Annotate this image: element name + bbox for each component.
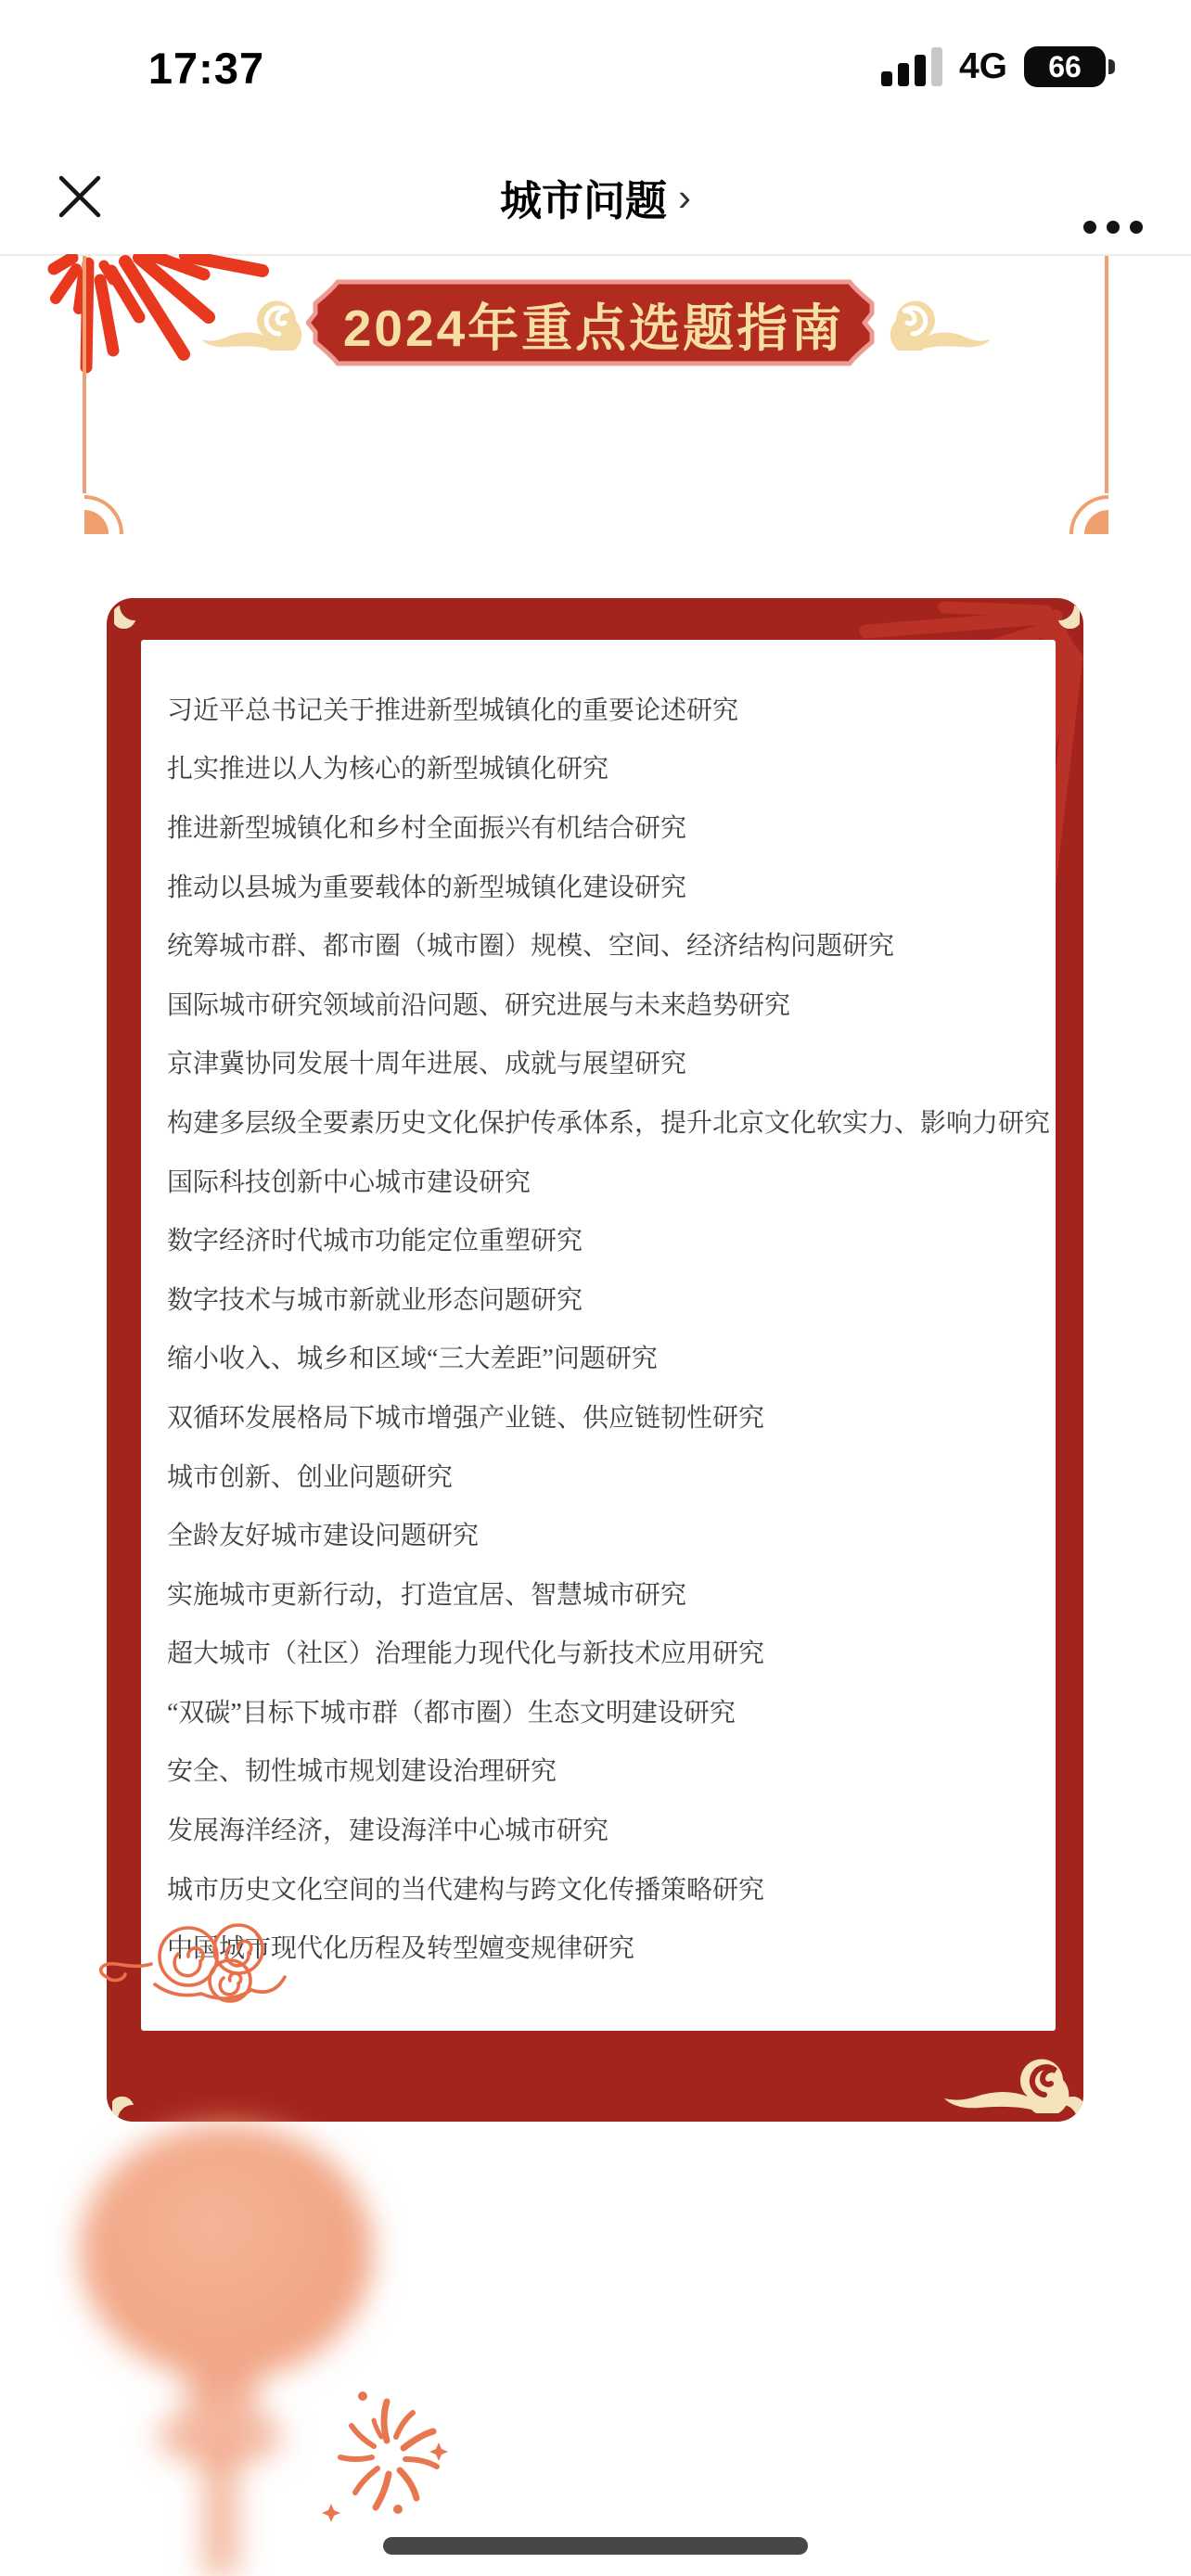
topic-item: “双碳”目标下城市群（都市圈）生态文明建设研究 xyxy=(167,1681,1031,1741)
topic-item: 安全、韧性城市规划建设治理研究 xyxy=(167,1741,1031,1800)
frame-line-right xyxy=(1105,256,1108,493)
topic-item: 城市创新、创业问题研究 xyxy=(167,1446,1031,1505)
page-title-text: 城市问题 xyxy=(500,167,667,227)
battery-icon: 66 xyxy=(1024,46,1106,87)
topic-item: 构建多层级全要素历史文化保护传承体系，提升北京文化软实力、影响力研究 xyxy=(167,1091,1031,1151)
topic-item: 推动以县城为重要载体的新型城镇化建设研究 xyxy=(167,856,1031,915)
cloud-gold-bottom-icon xyxy=(935,2056,1074,2113)
corner-crescent-icon xyxy=(1057,605,1080,629)
topic-item: 国际科技创新中心城市建设研究 xyxy=(167,1151,1031,1210)
network-type-label: 4G xyxy=(959,46,1007,87)
home-indicator[interactable] xyxy=(383,2537,808,2555)
topics-list: 习近平总书记关于推进新型城镇化的重要论述研究扎实推进以人为核心的新型城镇化研究推… xyxy=(141,640,1056,2031)
firework-bottom-icon xyxy=(320,2383,468,2531)
more-icon[interactable] xyxy=(1083,221,1143,234)
banner: 2024年重点选题指南 xyxy=(306,274,881,373)
topic-item: 全龄友好城市建设问题研究 xyxy=(167,1504,1031,1563)
status-bar: 17:37 4G 66 xyxy=(0,0,1191,121)
frame-corner-left-icon xyxy=(83,490,125,534)
frame-line-left xyxy=(83,256,86,493)
topic-item: 京津冀协同发展十周年进展、成就与展望研究 xyxy=(167,1033,1031,1092)
frame-corner-right-icon xyxy=(1068,490,1110,534)
topics-card: 习近平总书记关于推进新型城镇化的重要论述研究扎实推进以人为核心的新型城镇化研究推… xyxy=(107,598,1083,2122)
topic-item: 扎实推进以人为核心的新型城镇化研究 xyxy=(167,738,1031,797)
battery-percent: 66 xyxy=(1048,50,1082,84)
status-right-cluster: 4G 66 xyxy=(881,46,1106,87)
banner-title: 2024年重点选题指南 xyxy=(306,274,881,373)
header-artwork: 2024年重点选题指南 xyxy=(0,256,1191,599)
chevron-right-icon: › xyxy=(678,175,691,220)
topic-item: 缩小收入、城乡和区域“三大差距”问题研究 xyxy=(167,1328,1031,1387)
cloud-outline-icon xyxy=(97,1919,320,2009)
nav-bar: 城市问题 › xyxy=(0,139,1191,256)
topic-item: 统筹城市群、都市圈（城市圈）规模、空间、经济结构问题研究 xyxy=(167,914,1031,974)
phone-screen: 17:37 4G 66 城市问题 › xyxy=(0,0,1191,2576)
topic-item: 城市历史文化空间的当代建构与跨文化传播策略研究 xyxy=(167,1858,1031,1918)
topic-item: 推进新型城镇化和乡村全面振兴有机结合研究 xyxy=(167,797,1031,856)
topic-item: 发展海洋经济，建设海洋中心城市研究 xyxy=(167,1799,1031,1858)
topic-item: 实施城市更新行动，打造宜居、智慧城市研究 xyxy=(167,1563,1031,1623)
page-title[interactable]: 城市问题 › xyxy=(0,139,1191,254)
signal-icon xyxy=(881,47,942,86)
topic-item: 数字经济时代城市功能定位重塑研究 xyxy=(167,1209,1031,1269)
topic-item: 超大城市（社区）治理能力现代化与新技术应用研究 xyxy=(167,1623,1031,1682)
topic-item: 数字技术与城市新就业形态问题研究 xyxy=(167,1269,1031,1328)
clock: 17:37 xyxy=(139,43,274,94)
cloud-gold-left-icon xyxy=(199,293,303,351)
corner-crescent-icon xyxy=(114,605,136,629)
topic-item: 双循环发展格局下城市增强产业链、供应链韧性研究 xyxy=(167,1386,1031,1446)
topic-item: 习近平总书记关于推进新型城镇化的重要论述研究 xyxy=(167,679,1031,738)
cloud-gold-right-icon xyxy=(889,293,992,351)
topic-item: 国际城市研究领域前沿问题、研究进展与未来趋势研究 xyxy=(167,974,1031,1033)
